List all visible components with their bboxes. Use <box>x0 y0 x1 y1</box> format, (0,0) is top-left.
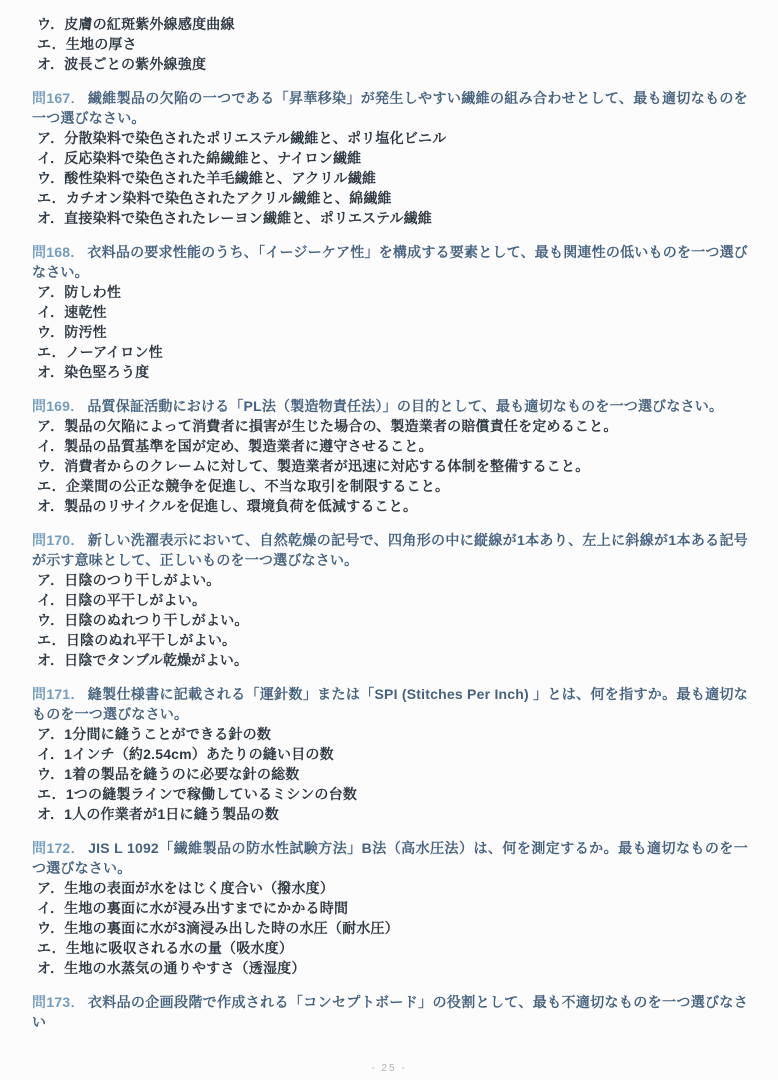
answer-option-line: イ．速乾性 <box>32 302 748 322</box>
answer-option-line: オ．波長ごとの紫外線強度 <box>32 54 748 74</box>
answer-option-line: エ．カチオン染料で染色されたアクリル繊維と、綿繊維 <box>32 188 748 208</box>
answer-option-line: エ．生地に吸収される水の量（吸水度） <box>32 938 748 958</box>
answer-option-line: ア．日陰のつり干しがよい。 <box>32 570 748 590</box>
answer-option-line: ア．生地の表面が水をはじく度合い（撥水度） <box>32 878 748 898</box>
question-options: ア．製品の欠陥によって消費者に損害が生じた場合の、製造業者の賠償責任を定めること… <box>32 416 748 516</box>
question-heading: 問168．衣料品の要求性能のうち、「イージーケア性」を構成する要素として、最も関… <box>32 242 748 282</box>
question-text: 品質保証活動における「PL法（製造物責任法）」の目的として、最も適切なものを一つ… <box>87 398 723 414</box>
question-options: ア．生地の表面が水をはじく度合い（撥水度）イ．生地の裏面に水が浸み出すまでにかか… <box>32 878 748 978</box>
question-block: 問168．衣料品の要求性能のうち、「イージーケア性」を構成する要素として、最も関… <box>32 242 748 382</box>
question-block: 問172．JIS L 1092「繊維製品の防水性試験方法」B法（高水圧法）は、何… <box>32 838 748 978</box>
question-number: 問171． <box>32 686 88 702</box>
answer-option-line: ア．防しわ性 <box>32 282 748 302</box>
question-heading: 問170．新しい洗濯表示において、自然乾燥の記号で、四角形の中に縦線が1本あり、… <box>32 530 748 570</box>
answer-option-line: ウ．1着の製品を縫うのに必要な針の総数 <box>32 764 748 784</box>
answer-option-line: イ．1インチ（約2.54cm）あたりの縫い目の数 <box>32 744 748 764</box>
question-text: JIS L 1092「繊維製品の防水性試験方法」B法（高水圧法）は、何を測定する… <box>32 840 748 876</box>
question-options: ア．防しわ性イ．速乾性ウ．防汚性エ．ノーアイロン性オ．染色堅ろう度 <box>32 282 748 382</box>
question-heading: 問172．JIS L 1092「繊維製品の防水性試験方法」B法（高水圧法）は、何… <box>32 838 748 878</box>
questions-list: 問167．繊維製品の欠陥の一つである「昇華移染」が発生しやすい繊維の組み合わせと… <box>32 88 748 1032</box>
question-text: 繊維製品の欠陥の一つである「昇華移染」が発生しやすい繊維の組み合わせとして、最も… <box>32 90 748 126</box>
question-number: 問169． <box>32 398 87 414</box>
answer-option-line: エ．ノーアイロン性 <box>32 342 748 362</box>
answer-option-line: ア．製品の欠陥によって消費者に損害が生じた場合の、製造業者の賠償責任を定めること… <box>32 416 748 436</box>
question-heading: 問169．品質保証活動における「PL法（製造物責任法）」の目的として、最も適切な… <box>32 396 748 416</box>
question-block: 問169．品質保証活動における「PL法（製造物責任法）」の目的として、最も適切な… <box>32 396 748 516</box>
question-block: 問167．繊維製品の欠陥の一つである「昇華移染」が発生しやすい繊維の組み合わせと… <box>32 88 748 228</box>
answer-option-line: イ．日陰の平干しがよい。 <box>32 590 748 610</box>
previous-question-options: ウ．皮膚の紅斑紫外線感度曲線エ．生地の厚さオ．波長ごとの紫外線強度 <box>32 14 748 74</box>
question-options: ア．1分間に縫うことができる針の数イ．1インチ（約2.54cm）あたりの縫い目の… <box>32 724 748 824</box>
answer-option-line: オ．直接染料で染色されたレーヨン繊維と、ポリエステル繊維 <box>32 208 748 228</box>
answer-option-line: エ．生地の厚さ <box>32 34 748 54</box>
answer-option-line: ウ．消費者からのクレームに対して、製造業者が迅速に対応する体制を整備すること。 <box>32 456 748 476</box>
answer-option-line: ア．分散染料で染色されたポリエステル繊維と、ポリ塩化ビニル <box>32 128 748 148</box>
answer-option-line: イ．反応染料で染色された綿繊維と、ナイロン繊維 <box>32 148 748 168</box>
answer-option-line: エ．日陰のぬれ平干しがよい。 <box>32 630 748 650</box>
question-number: 問173． <box>32 994 88 1010</box>
answer-option-line: ウ．皮膚の紅斑紫外線感度曲線 <box>32 14 748 34</box>
question-text: 新しい洗濯表示において、自然乾燥の記号で、四角形の中に縦線が1本あり、左上に斜線… <box>32 532 748 568</box>
question-text: 縫製仕様書に記載される「運針数」または「SPI (Stitches Per In… <box>32 686 748 722</box>
exam-page: ウ．皮膚の紅斑紫外線感度曲線エ．生地の厚さオ．波長ごとの紫外線強度 問167．繊… <box>0 0 778 1080</box>
answer-option-line: ウ．生地の裏面に水が3滴浸み出した時の水圧（耐水圧） <box>32 918 748 938</box>
answer-option-line: ウ．酸性染料で染色された羊毛繊維と、アクリル繊維 <box>32 168 748 188</box>
answer-option-line: イ．製品の品質基準を国が定め、製造業者に遵守させること。 <box>32 436 748 456</box>
answer-option-line: オ．製品のリサイクルを促進し、環境負荷を低減すること。 <box>32 496 748 516</box>
answer-option-line: オ．生地の水蒸気の通りやすさ（透湿度） <box>32 958 748 978</box>
answer-option-line: エ．企業間の公正な競争を促進し、不当な取引を制限すること。 <box>32 476 748 496</box>
page-number: - 25 - <box>0 1063 778 1074</box>
answer-option-line: ア．1分間に縫うことができる針の数 <box>32 724 748 744</box>
question-options: ア．日陰のつり干しがよい。イ．日陰の平干しがよい。ウ．日陰のぬれつり干しがよい。… <box>32 570 748 670</box>
question-number: 問167． <box>32 90 88 106</box>
question-number: 問170． <box>32 532 88 548</box>
question-number: 問168． <box>32 244 87 260</box>
question-text: 衣料品の要求性能のうち、「イージーケア性」を構成する要素として、最も関連性の低い… <box>32 244 748 280</box>
answer-option-line: ウ．日陰のぬれつり干しがよい。 <box>32 610 748 630</box>
answer-option-line: ウ．防汚性 <box>32 322 748 342</box>
question-text: 衣料品の企画段階で作成される「コンセプトボード」の役割として、最も不適切なものを… <box>32 994 748 1030</box>
answer-option-line: エ．1つの縫製ラインで稼働しているミシンの台数 <box>32 784 748 804</box>
question-heading: 問167．繊維製品の欠陥の一つである「昇華移染」が発生しやすい繊維の組み合わせと… <box>32 88 748 128</box>
question-heading: 問171．縫製仕様書に記載される「運針数」または「SPI (Stitches P… <box>32 684 748 724</box>
answer-option-line: オ．1人の作業者が1日に縫う製品の数 <box>32 804 748 824</box>
question-block: 問171．縫製仕様書に記載される「運針数」または「SPI (Stitches P… <box>32 684 748 824</box>
question-block: 問170．新しい洗濯表示において、自然乾燥の記号で、四角形の中に縦線が1本あり、… <box>32 530 748 670</box>
answer-option-line: イ．生地の裏面に水が浸み出すまでにかかる時間 <box>32 898 748 918</box>
question-options: ア．分散染料で染色されたポリエステル繊維と、ポリ塩化ビニルイ．反応染料で染色され… <box>32 128 748 228</box>
question-number: 問172． <box>32 840 88 856</box>
answer-option-line: オ．染色堅ろう度 <box>32 362 748 382</box>
question-heading: 問173．衣料品の企画段階で作成される「コンセプトボード」の役割として、最も不適… <box>32 992 748 1032</box>
answer-option-line: オ．日陰でタンブル乾燥がよい。 <box>32 650 748 670</box>
question-block: 問173．衣料品の企画段階で作成される「コンセプトボード」の役割として、最も不適… <box>32 992 748 1032</box>
